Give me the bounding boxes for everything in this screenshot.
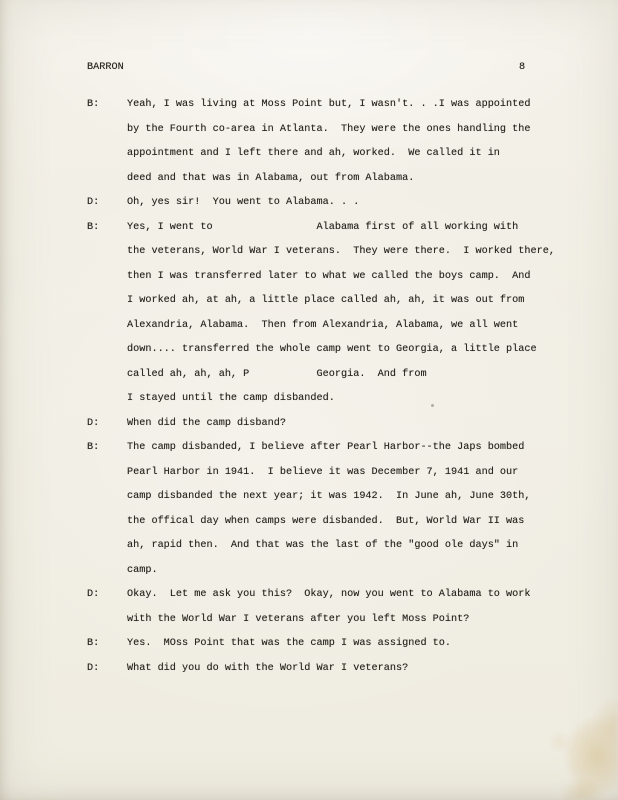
turn-lines: Yes, I went to Alabama first of all work… (127, 216, 587, 412)
transcript-turn: D:When did the camp disband? (87, 412, 587, 437)
transcript-line: then I was transferred later to what we … (127, 265, 587, 290)
turn-lines: Yes. MOss Point that was the camp I was … (127, 632, 587, 657)
turn-lines: What did you do with the World War I vet… (127, 657, 587, 682)
transcript-line: by the Fourth co-area in Atlanta. They w… (127, 118, 587, 143)
transcript-line: The camp disbanded, I believe after Pear… (127, 436, 587, 461)
transcript-line: Oh, yes sir! You went to Alabama. . . (127, 191, 587, 216)
speaker-label: B: (87, 93, 99, 118)
transcript-line: I stayed until the camp disbanded. (127, 387, 587, 412)
header-surname: BARRON (87, 56, 124, 81)
transcript-turn: B:Yes, I went to Alabama first of all wo… (87, 216, 587, 412)
transcript-line: deed and that was in Alabama, out from A… (127, 167, 587, 192)
transcript-turn: B:The camp disbanded, I believe after Pe… (87, 436, 587, 583)
turn-lines: Oh, yes sir! You went to Alabama. . . (127, 191, 587, 216)
speaker-label: B: (87, 436, 99, 461)
scanned-transcript-page: BARRON 8 B:Yeah, I was living at Moss Po… (0, 0, 618, 800)
turn-lines: Okay. Let me ask you this? Okay, now you… (127, 583, 587, 632)
transcript-line: Pearl Harbor in 1941. I believe it was D… (127, 461, 587, 486)
speaker-label: D: (87, 583, 99, 608)
paper-speck (431, 404, 434, 407)
transcript-line: ah, rapid then. And that was the last of… (127, 534, 587, 559)
speaker-label: D: (87, 657, 99, 682)
transcript-turn: D:Oh, yes sir! You went to Alabama. . . (87, 191, 587, 216)
transcript-line: the offical day when camps were disbande… (127, 510, 587, 535)
speaker-label: B: (87, 632, 99, 657)
transcript-line: down.... transferred the whole camp went… (127, 338, 587, 363)
page-header: BARRON 8 (0, 56, 618, 81)
transcript-line: When did the camp disband? (127, 412, 587, 437)
transcript-line: I worked ah, at ah, a little place calle… (127, 289, 587, 314)
transcript-line: What did you do with the World War I vet… (127, 657, 587, 682)
speaker-label: D: (87, 191, 99, 216)
transcript-line: Yes. MOss Point that was the camp I was … (127, 632, 587, 657)
transcript-line: camp disbanded the next year; it was 194… (127, 485, 587, 510)
transcript-turn: B:Yes. MOss Point that was the camp I wa… (87, 632, 587, 657)
transcript-line: camp. (127, 559, 587, 584)
transcript-line: with the World War I veterans after you … (127, 608, 587, 633)
transcript-line: appointment and I left there and ah, wor… (127, 142, 587, 167)
transcript-line: Alexandria, Alabama. Then from Alexandri… (127, 314, 587, 339)
transcript-turn: B:Yeah, I was living at Moss Point but, … (87, 93, 587, 191)
transcript-body: B:Yeah, I was living at Moss Point but, … (87, 93, 587, 681)
page-number: 8 (519, 56, 525, 81)
speaker-label: B: (87, 216, 99, 241)
transcript-turn: D:What did you do with the World War I v… (87, 657, 587, 682)
turn-lines: The camp disbanded, I believe after Pear… (127, 436, 587, 583)
transcript-line: Yeah, I was living at Moss Point but, I … (127, 93, 587, 118)
transcript-line: Okay. Let me ask you this? Okay, now you… (127, 583, 587, 608)
transcript-line: the veterans, World War I veterans. They… (127, 240, 587, 265)
transcript-line: called ah, ah, ah, P Georgia. And from (127, 363, 587, 388)
turn-lines: When did the camp disband? (127, 412, 587, 437)
transcript-turn: D:Okay. Let me ask you this? Okay, now y… (87, 583, 587, 632)
transcript-line: Yes, I went to Alabama first of all work… (127, 216, 587, 241)
speaker-label: D: (87, 412, 99, 437)
turn-lines: Yeah, I was living at Moss Point but, I … (127, 93, 587, 191)
